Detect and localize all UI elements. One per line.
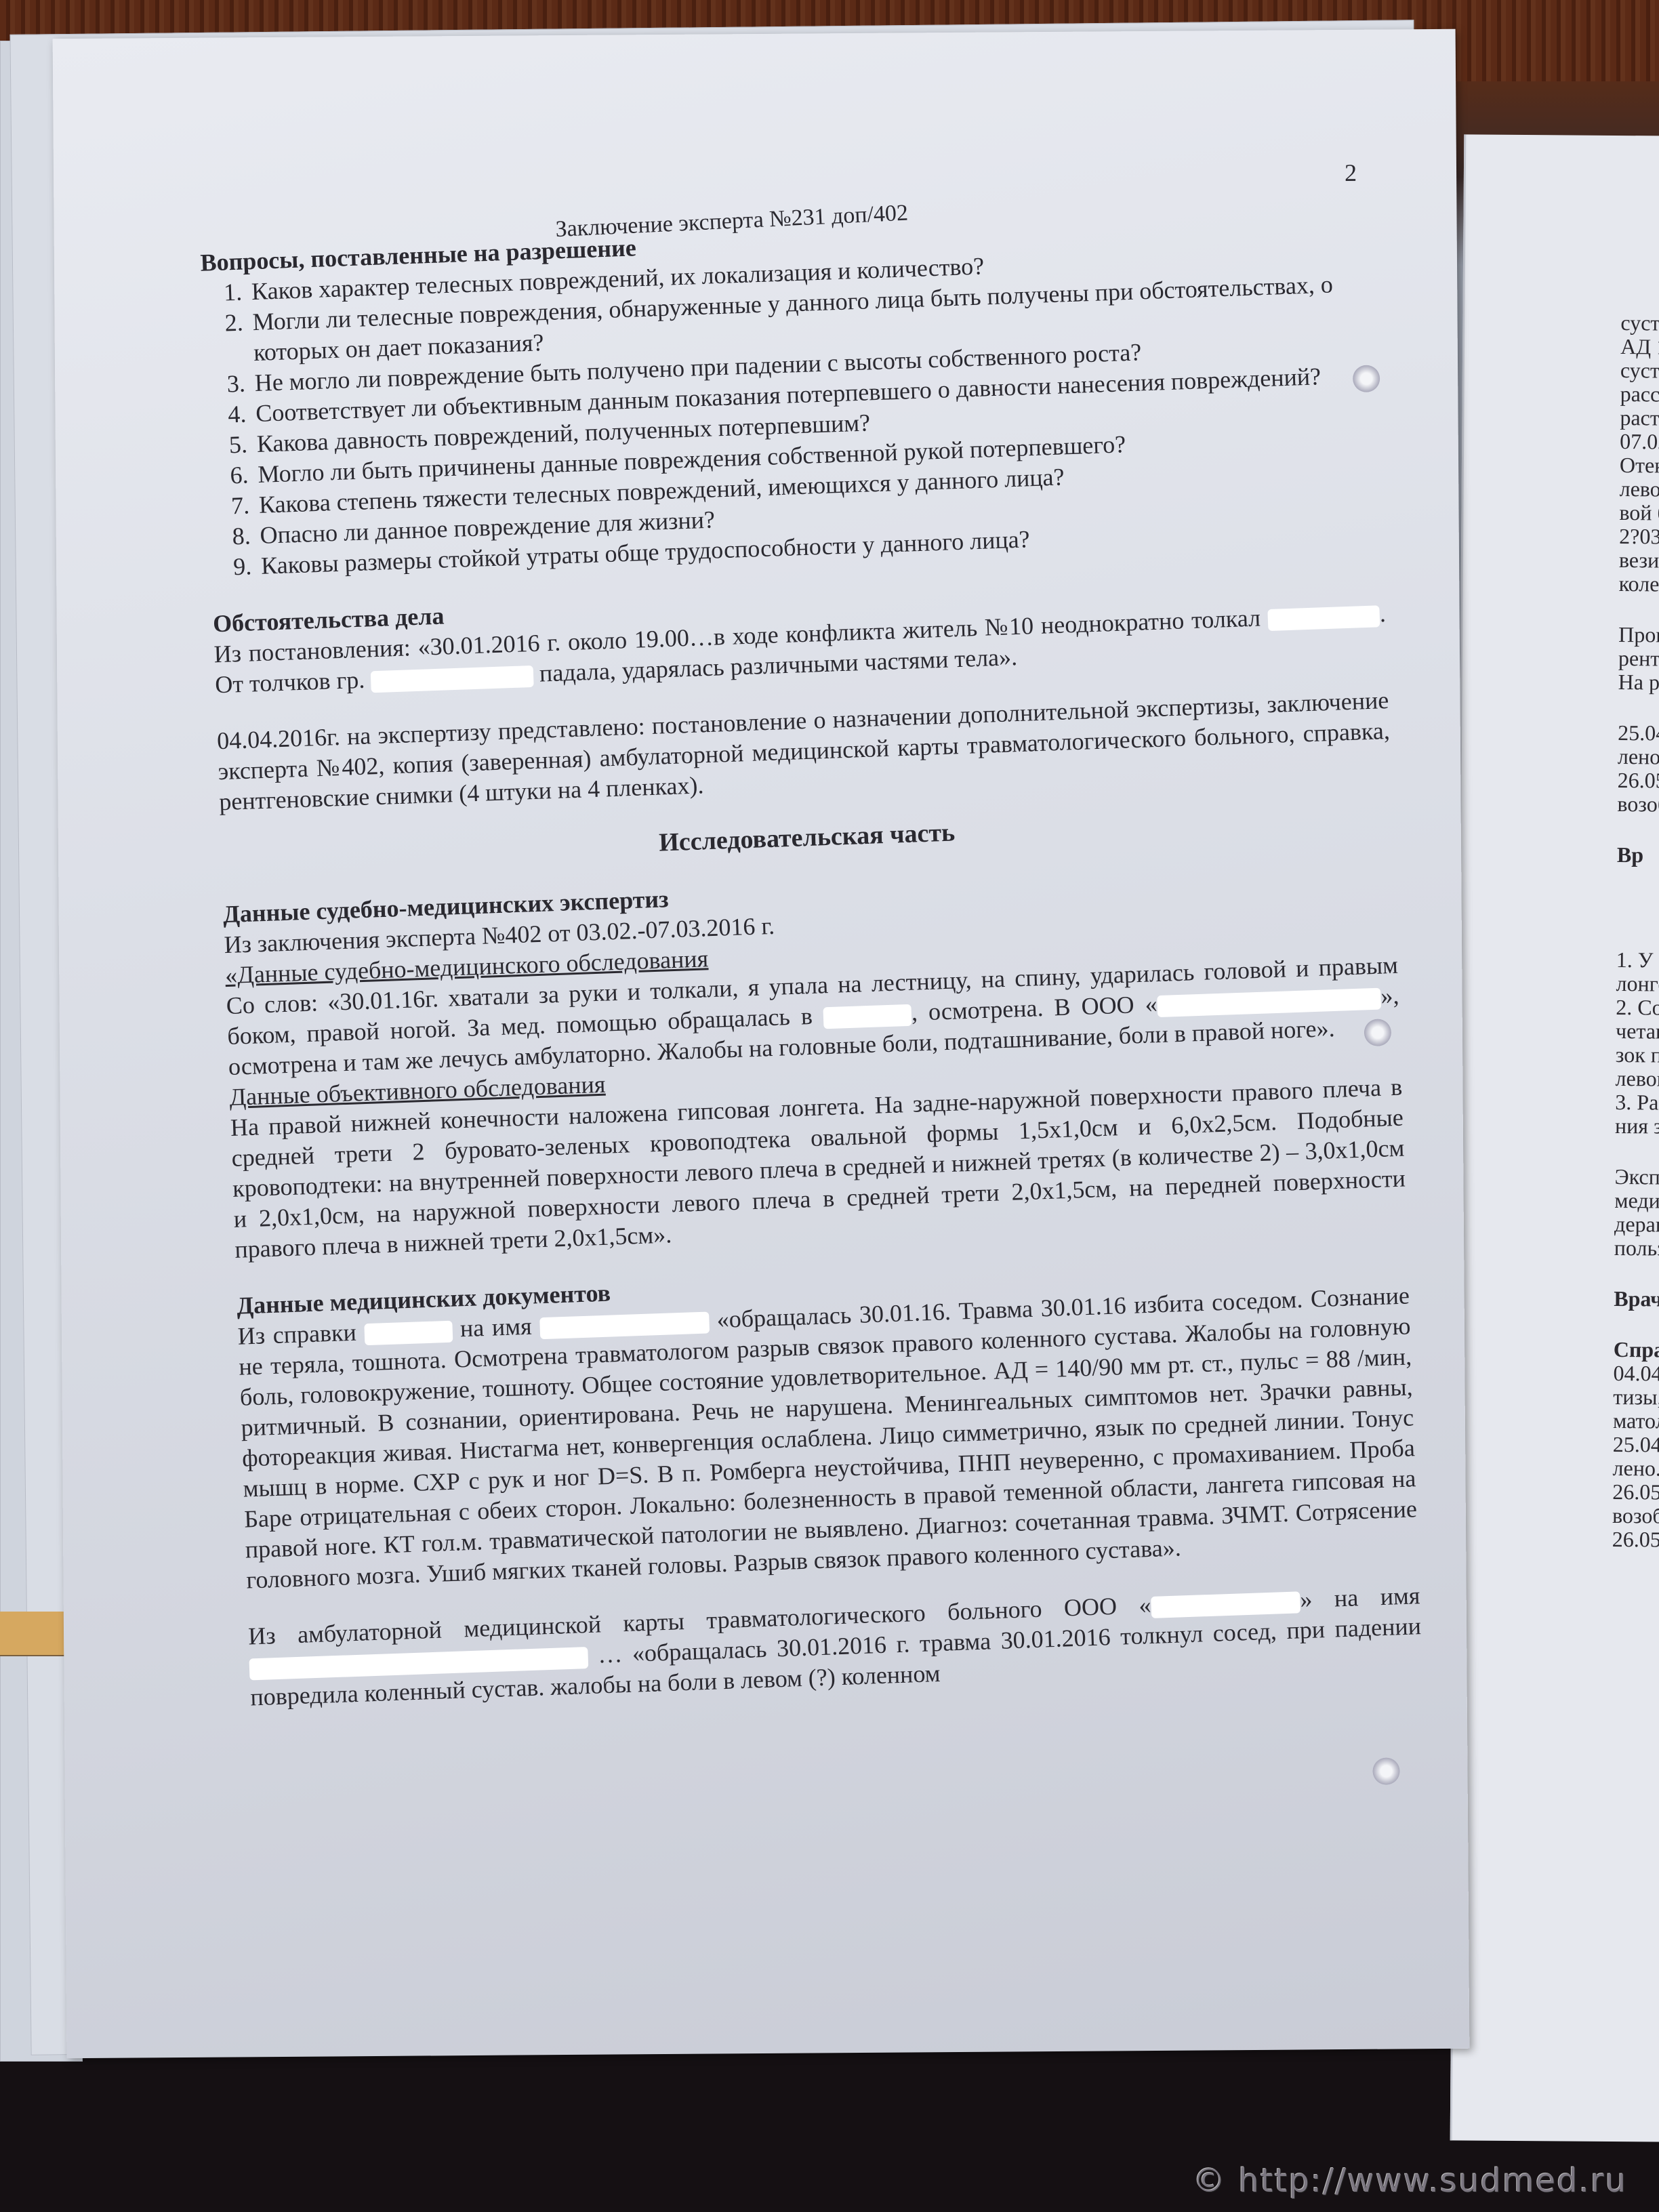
adjacent-page: сустаАД 1сустарасстрастя07.02.Отек,левог…: [1450, 134, 1659, 2142]
punch-hole: [1353, 365, 1380, 392]
adjacent-page-line: Вр: [1617, 844, 1659, 869]
adjacent-page-line: 26.05.2016 г: [1612, 1528, 1659, 1554]
document-body: Вопросы, поставленные на разрешение 1.Ка…: [200, 207, 1422, 1713]
question-number: 9.: [210, 551, 262, 583]
adjacent-page-line: [1614, 1311, 1659, 1340]
adjacent-page-line: возобно: [1617, 793, 1659, 819]
orange-divider-tab: [0, 1612, 64, 1656]
redacted-name: [371, 665, 534, 693]
redacted-clinic: [1157, 987, 1381, 1017]
adjacent-page-line: пользован: [1614, 1237, 1659, 1263]
question-number: 1.: [201, 276, 252, 309]
adjacent-page-line: [1617, 867, 1659, 897]
redacted-clinic: [823, 1004, 912, 1029]
page-number: 2: [1345, 159, 1357, 187]
watermark: © http://www.sudmed.ru: [1193, 2162, 1627, 2200]
adjacent-page-line: [1615, 1139, 1659, 1168]
adjacent-page-line: ния запро: [1615, 1115, 1659, 1141]
document-page: 2 Заключение эксперта №231 доп/402 Вопро…: [53, 29, 1470, 2058]
redacted-name: [1267, 605, 1380, 631]
adjacent-page-line: На рент: [1618, 671, 1659, 697]
adjacent-page-line: Врач: [1614, 1288, 1659, 1313]
adjacent-page-line: [1616, 922, 1659, 951]
adjacent-page-line: коленн: [1619, 573, 1659, 598]
redacted-name: [539, 1311, 710, 1339]
adjacent-page-line: [1616, 895, 1659, 924]
certificate-paragraph: Из справки на имя «обращалась 30.01.16. …: [237, 1280, 1418, 1595]
question-number: 2.: [202, 307, 254, 370]
question-number: 8.: [209, 520, 261, 553]
question-number: 3.: [204, 368, 255, 401]
redacted-clinic: [364, 1320, 453, 1345]
question-number: 7.: [208, 490, 260, 523]
questions-list: 1.Каков характер телесных повреждений, и…: [201, 237, 1383, 583]
adjacent-page-line: [1617, 817, 1659, 846]
question-number: 6.: [207, 459, 259, 492]
question-number: 5.: [206, 429, 258, 462]
punch-hole: [1364, 1019, 1391, 1046]
question-number: 4.: [205, 398, 257, 431]
punch-hole: [1372, 1757, 1399, 1784]
redacted-clinic: [1151, 1591, 1300, 1618]
adjacent-page-line: [1618, 695, 1659, 724]
adjacent-page-text: сустаАД 1сустарасстрастя07.02.Отек,левог…: [1612, 312, 1659, 1554]
adjacent-page-line: [1614, 1261, 1659, 1290]
adjacent-page-line: [1618, 596, 1659, 626]
